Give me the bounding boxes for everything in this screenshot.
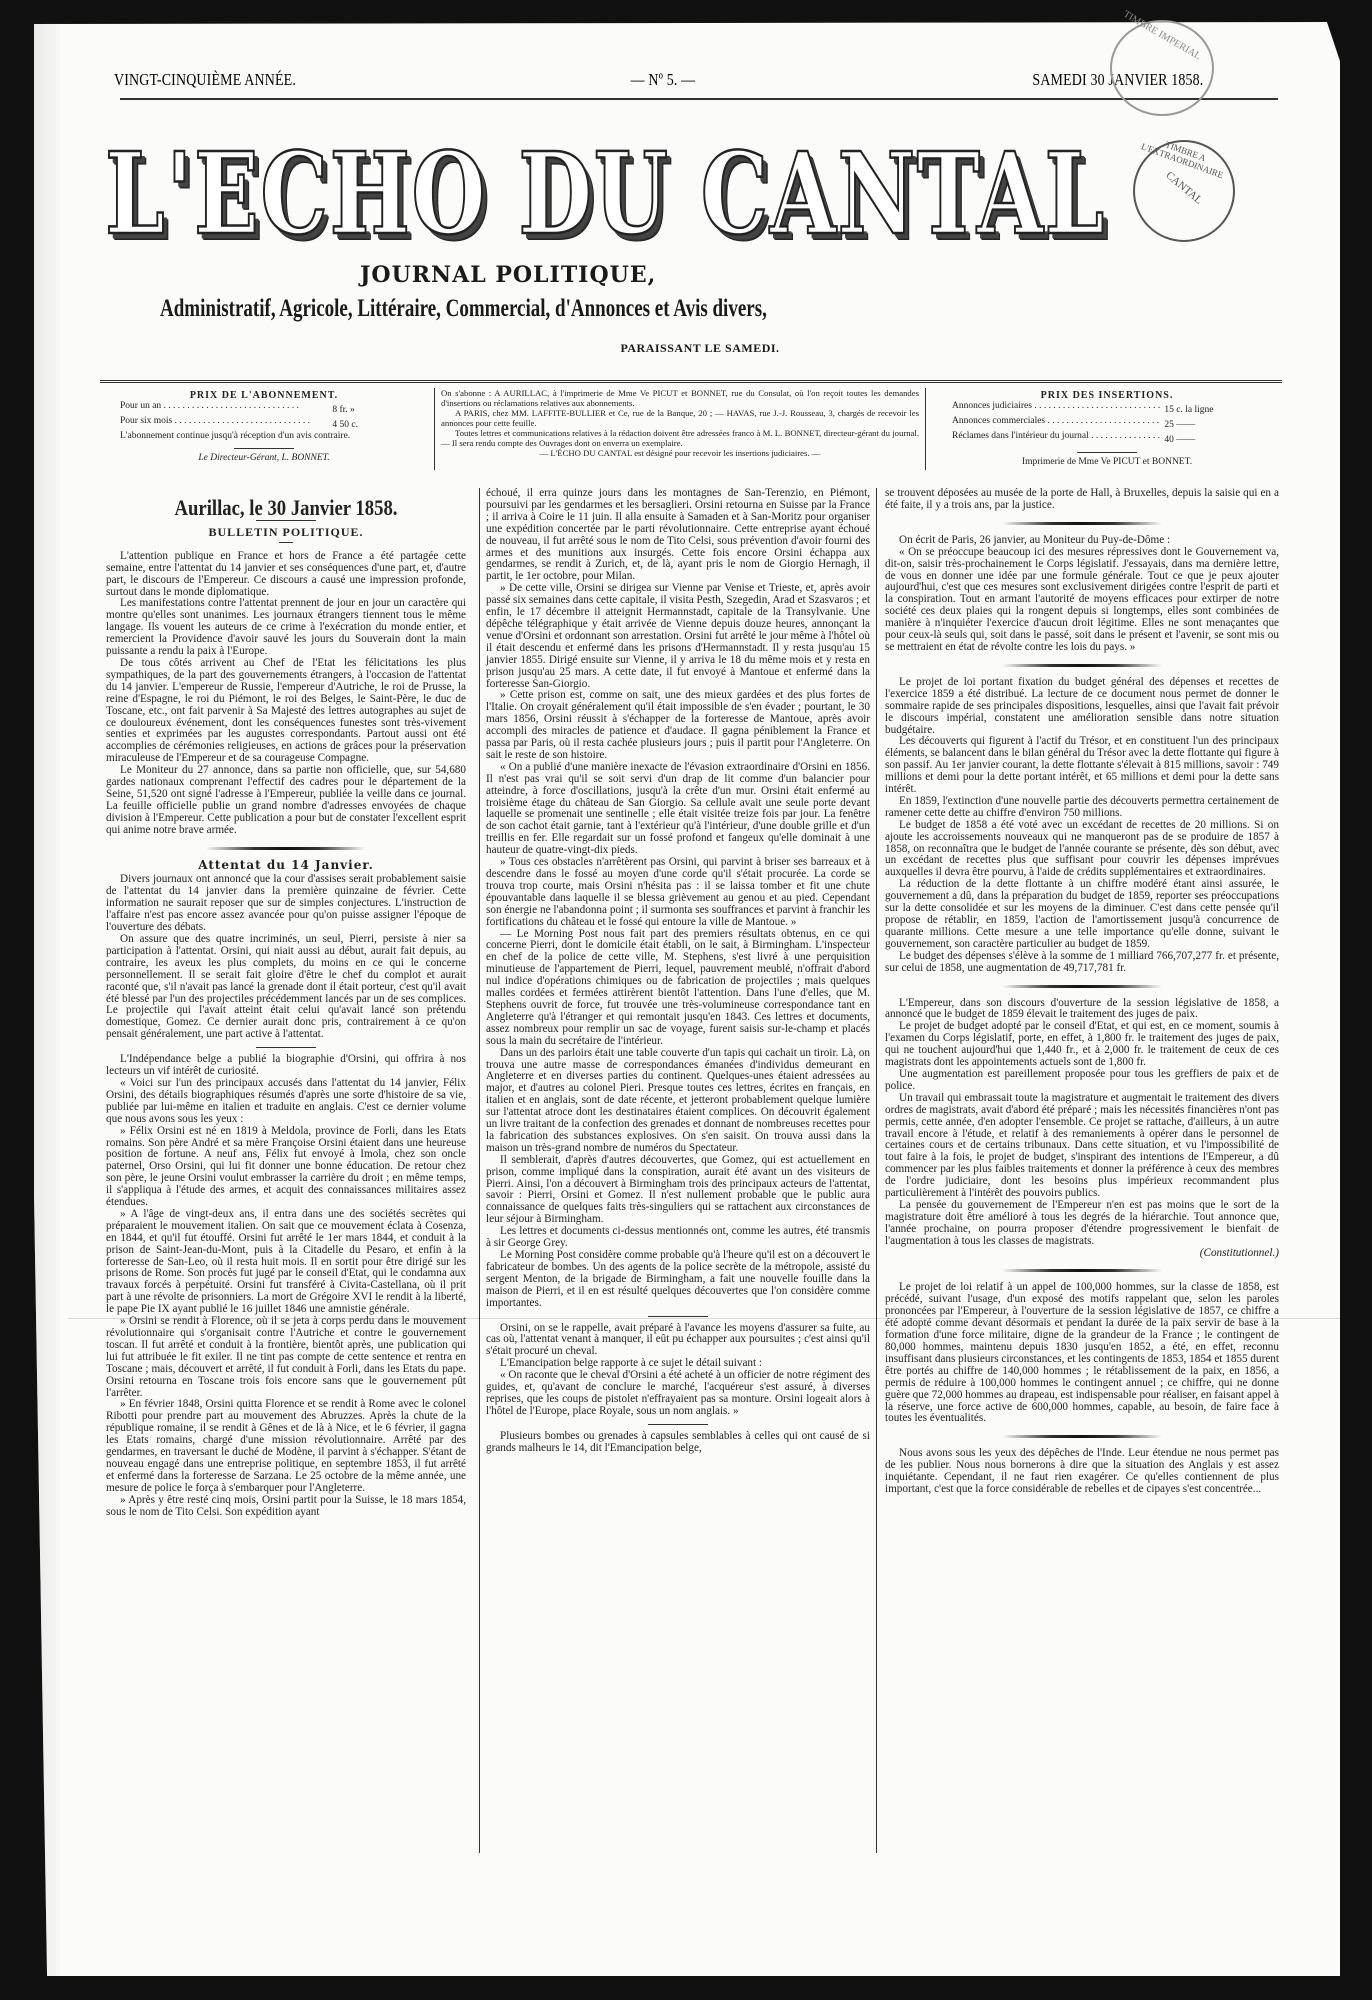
journal-subtitle: JOURNAL POLITIQUE, — [360, 262, 860, 288]
price-row: Annonces commerciales 25 —— — [932, 416, 1282, 431]
newspaper-title: L'ECHO DU CANTAL — [105, 135, 895, 255]
paragraph: » Félix Orsini est né en 1819 à Meldola,… — [106, 1126, 466, 1209]
paragraph: Le projet de loi portant fixation du bud… — [885, 677, 1279, 737]
paragraph: » Orsini se rendit à Florence, où il se … — [106, 1316, 466, 1399]
divider — [648, 1316, 708, 1317]
subscription-heading: PRIX DE L'ABONNEMENT. — [100, 390, 428, 401]
paragraph: L'Empereur, dans son discours d'ouvertur… — [885, 998, 1279, 1022]
subscription-note: L'abonnement continue jusqu'à réception … — [100, 431, 428, 442]
paragraph: Le Morning Post considère comme probable… — [486, 1250, 870, 1310]
paragraph: La réduction de la dette flottante à un … — [885, 879, 1279, 950]
paragraph: se trouvent déposées au musée de la port… — [885, 488, 1279, 512]
office-line: On s'abonne : A AURILLAC, à l'imprimerie… — [441, 388, 919, 408]
divider — [256, 520, 316, 521]
paragraph: Le budget de 1858 a été voté avec un exc… — [885, 820, 1279, 880]
paragraph: Un travail qui embrassait toute la magis… — [885, 1093, 1279, 1200]
paragraph: Plusieurs bombes ou grenades à capsules … — [486, 1431, 870, 1455]
subscription-box: PRIX DE L'ABONNEMENT. Pour un an 8 fr. »… — [100, 388, 428, 470]
dateline: Aurillac, le 30 Janvier 1858. — [133, 502, 439, 514]
paragraph: Le projet de budget adopté par le consei… — [885, 1021, 1279, 1069]
imperial-stamp: TIMBRE IMPERIAL — [1110, 20, 1214, 116]
paragraph: Le projet de loi relatif à un appel de 1… — [885, 1282, 1279, 1425]
paragraph: L'attention publique en France et hors d… — [106, 551, 466, 599]
paragraph: échoué, il erra quinze jours dans les mo… — [486, 488, 870, 583]
paragraph: Les lettres et documents ci-dessus menti… — [486, 1226, 870, 1250]
paragraph: Le Moniteur du 27 annonce, dans sa parti… — [106, 765, 466, 836]
paragraph: Dans un des parloirs était une table cou… — [486, 1048, 870, 1155]
column-2: échoué, il erra quinze jours dans les mo… — [479, 488, 870, 1853]
paragraph: Nous avons sous les yeux des dépêches de… — [885, 1448, 1279, 1496]
paragraph: » En février 1848, Orsini quitta Florenc… — [106, 1399, 466, 1494]
issue-number: — Nº 5. — — [631, 70, 696, 90]
paragraph: Le budget des dépenses s'élève à la somm… — [885, 951, 1279, 975]
paragraph: En 1859, l'extinction d'une nouvelle par… — [885, 796, 1279, 820]
section-heading: BULLETIN POLITIQUE. — [106, 527, 466, 539]
year-label: VINGT-CINQUIÈME ANNÉE. — [114, 70, 296, 90]
price-row: Pour six mois 4 50 c. — [100, 416, 428, 431]
divider — [1002, 664, 1162, 667]
paragraph: Les manifestations contre l'attentat pre… — [106, 598, 466, 658]
divider — [256, 1047, 316, 1048]
column-1: Aurillac, le 30 Janvier 1858. BULLETIN P… — [106, 488, 466, 1853]
paragraph: » Après y être resté cinq mois, Orsini p… — [106, 1495, 466, 1519]
paragraph: » Cette prison est, comme on sait, une d… — [486, 690, 870, 761]
masthead-rule — [100, 380, 1282, 383]
price-row: Pour un an 8 fr. » — [100, 401, 428, 416]
printer-credit: Imprimerie de Mme Ve PICUT et BONNET. — [932, 457, 1282, 467]
paragraph: De tous côtés arrivent au Chef de l'Etat… — [106, 658, 466, 765]
paragraph: » De cette ville, Orsini se dirigea sur … — [486, 583, 870, 690]
tax-stamp: TIMBRE A L'EXTRAORDINAIRE CANTAL — [1133, 140, 1235, 242]
price-row: Annonces judiciaires 15 c. la ligne — [932, 401, 1282, 416]
paragraph: On écrit de Paris, 26 janvier, au Monite… — [885, 535, 1279, 547]
divider — [1002, 985, 1162, 988]
paragraph: Il semblerait, d'après d'autres découver… — [486, 1155, 870, 1226]
office-line: A PARIS, chez MM. LAFFITE-BULLIER et Ce,… — [441, 408, 919, 428]
paragraph: » A l'âge de vingt-deux ans, il entra da… — [106, 1209, 466, 1316]
divider — [1002, 1269, 1162, 1272]
paragraph: « Voici sur l'un des principaux accusés … — [106, 1078, 466, 1126]
paragraph: « On raconte que le cheval d'Orsini a ét… — [486, 1370, 870, 1418]
article-title: Attentat du 14 Janvier. — [106, 860, 466, 872]
divider — [1002, 522, 1162, 525]
divider — [206, 847, 366, 850]
paragraph: Divers journaux ont annoncé que la cour … — [106, 874, 466, 934]
column-3: se trouvent déposées au musée de la port… — [876, 488, 1279, 1853]
paragraph: On assure que des quatre incriminés, un … — [106, 934, 466, 1041]
divider — [1002, 1435, 1162, 1438]
paragraph: » Tous ces obstacles n'arrêtèrent pas Or… — [486, 857, 870, 928]
paragraph: Une augmentation est pareillement propos… — [885, 1069, 1279, 1093]
price-row: Réclames dans l'intérieur du journal 40 … — [932, 431, 1282, 446]
article-columns: Aurillac, le 30 Janvier 1858. BULLETIN P… — [106, 488, 1286, 1853]
office-info-box: On s'abonne : A AURILLAC, à l'imprimerie… — [434, 388, 926, 470]
paragraph: — Le Morning Post nous fait part des pre… — [486, 929, 870, 1048]
divider — [648, 1424, 708, 1425]
paragraph: « On se préoccupe beaucoup ici des mesur… — [885, 547, 1279, 654]
paragraph: L'Indépendance belge a publié la biograp… — [106, 1054, 466, 1078]
journal-tagline: Administratif, Agricole, Littéraire, Com… — [160, 295, 996, 323]
director-signature: Le Directeur-Gérant, L. BONNET. — [100, 453, 428, 463]
insertions-heading: PRIX DES INSERTIONS. — [932, 390, 1282, 401]
divider — [234, 448, 294, 449]
paragraph: La pensée du gouvernement de l'Empereur … — [885, 1200, 1279, 1248]
info-strip: PRIX DE L'ABONNEMENT. Pour un an 8 fr. »… — [100, 388, 1282, 470]
source-attribution: (Constitutionnel.) — [885, 1248, 1279, 1260]
paragraph: Les découverts qui figurent à l'actif du… — [885, 736, 1279, 796]
divider — [279, 542, 293, 543]
divider — [1077, 452, 1137, 453]
top-rule — [120, 98, 1278, 100]
paragraph: Orsini, on se le rappelle, avait préparé… — [486, 1323, 870, 1359]
publication-frequency: PARAISSANT LE SAMEDI. — [500, 341, 900, 356]
insertions-box: PRIX DES INSERTIONS. Annonces judiciaire… — [932, 388, 1282, 470]
paragraph: « On a publié d'une manière inexacte de … — [486, 762, 870, 857]
office-line: Toutes lettres et communications relativ… — [441, 428, 919, 448]
office-line: — L'ÉCHO DU CANTAL est désigné pour rece… — [441, 448, 919, 458]
dateline-bar: VINGT-CINQUIÈME ANNÉE. — Nº 5. — SAMEDI … — [114, 70, 1018, 96]
